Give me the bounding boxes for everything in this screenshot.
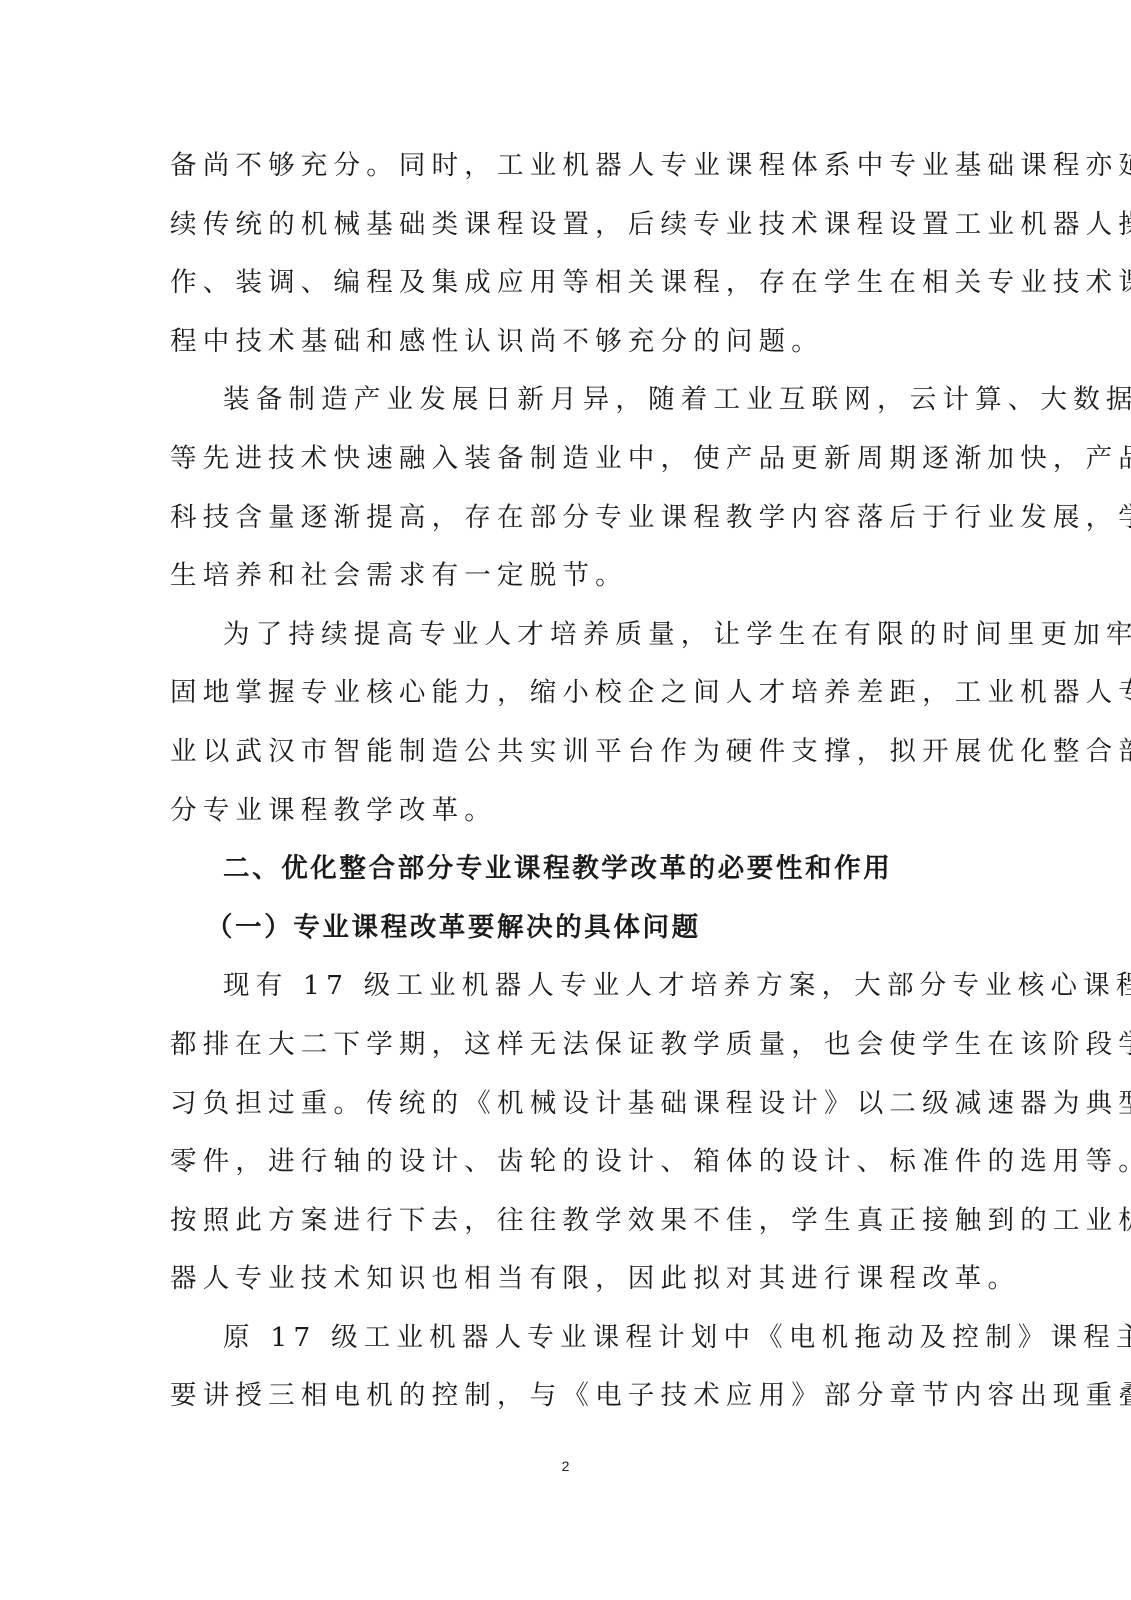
document-page: 备尚不够充分。同时，工业机器人专业课程体系中专业基础课程亦延 续传统的机械基础类… xyxy=(170,141,960,1430)
body-line: 分专业课程教学改革。 xyxy=(170,786,960,845)
paragraph-start-line: 现有 17 级工业机器人专业人才培养方案，大部分专业核心课程 xyxy=(170,961,960,1020)
body-line: 程中技术基础和感性认识尚不够充分的问题。 xyxy=(170,317,960,376)
body-line: 器人专业技术知识也相当有限，因此拟对其进行课程改革。 xyxy=(170,1254,960,1313)
paragraph-start-line: 装备制造产业发展日新月异，随着工业互联网，云计算、大数据 xyxy=(170,375,960,434)
body-line: 固地掌握专业核心能力，缩小校企之间人才培养差距，工业机器人专 xyxy=(170,668,960,727)
body-line: 科技含量逐渐提高，存在部分专业课程教学内容落后于行业发展，学 xyxy=(170,493,960,552)
body-line: 备尚不够充分。同时，工业机器人专业课程体系中专业基础课程亦延 xyxy=(170,141,960,200)
body-line: 等先进技术快速融入装备制造业中，使产品更新周期逐渐加快，产品 xyxy=(170,434,960,493)
body-line: 习负担过重。传统的《机械设计基础课程设计》以二级减速器为典型 xyxy=(170,1079,960,1138)
body-line: 生培养和社会需求有一定脱节。 xyxy=(170,551,960,610)
body-line: 业以武汉市智能制造公共实训平台作为硬件支撑，拟开展优化整合部 xyxy=(170,727,960,786)
body-line: 按照此方案进行下去，往往教学效果不佳，学生真正接触到的工业机 xyxy=(170,1196,960,1255)
body-line: 都排在大二下学期，这样无法保证教学质量，也会使学生在该阶段学 xyxy=(170,1020,960,1079)
body-line: 零件，进行轴的设计、齿轮的设计、箱体的设计、标准件的选用等。 xyxy=(170,1137,960,1196)
page-number: 2 xyxy=(0,1458,1131,1474)
body-line: 要讲授三相电机的控制，与《电子技术应用》部分章节内容出现重叠， xyxy=(170,1371,960,1430)
section-heading: 二、优化整合部分专业课程教学改革的必要性和作用 xyxy=(170,844,960,903)
paragraph-start-line: 原 17 级工业机器人专业课程计划中《电机拖动及控制》课程主 xyxy=(170,1313,960,1372)
paragraph-start-line: 为了持续提高专业人才培养质量，让学生在有限的时间里更加牢 xyxy=(170,610,960,669)
body-line: 作、装调、编程及集成应用等相关课程，存在学生在相关专业技术课 xyxy=(170,258,960,317)
body-line: 续传统的机械基础类课程设置，后续专业技术课程设置工业机器人操 xyxy=(170,200,960,259)
subsection-heading: （一）专业课程改革要解决的具体问题 xyxy=(170,903,960,962)
